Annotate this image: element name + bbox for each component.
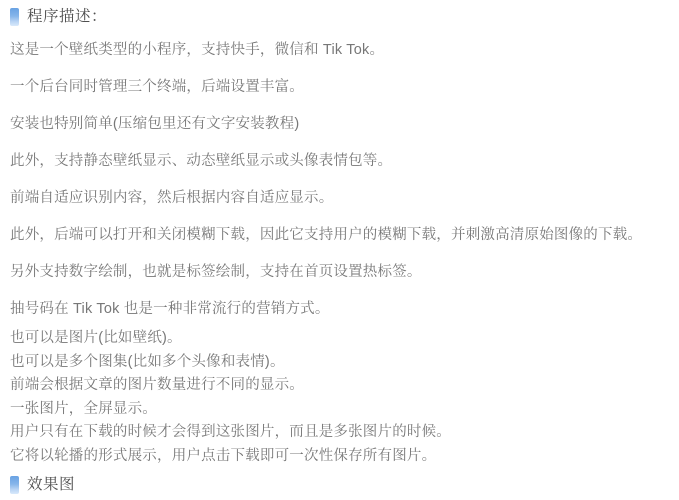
heading-marker-icon [10, 476, 19, 494]
paragraph: 这是一个壁纸类型的小程序，支持快手，微信和 Tik Tok。 [10, 39, 667, 62]
detail-line: 也可以是多个图集(比如多个头像和表情)。 [10, 351, 667, 375]
section-heading-text: 效果图 [27, 474, 75, 496]
paragraph: 另外支持数字绘制，也就是标签绘制，支持在首页设置热标签。 [10, 261, 667, 284]
detail-line: 用户只有在下载的时候才会得到这张图片，而且是多张图片的时候。 [10, 421, 667, 445]
detail-line-group: 也可以是图片(比如壁纸)。 也可以是多个图集(比如多个头像和表情)。 前端会根据… [10, 327, 667, 468]
section-heading-text: 程序描述： [27, 6, 107, 28]
article-body: 程序描述： 这是一个壁纸类型的小程序，支持快手，微信和 Tik Tok。 一个后… [0, 0, 679, 496]
detail-line: 一张图片，全屏显示。 [10, 398, 667, 422]
section-heading-effect-preview: 效果图 [10, 474, 667, 496]
paragraph: 安装也特别简单(压缩包里还有文字安装教程) [10, 113, 667, 136]
paragraph: 前端自适应识别内容，然后根据内容自适应显示。 [10, 187, 667, 210]
paragraph: 此外，支持静态壁纸显示、动态壁纸显示或头像表情包等。 [10, 150, 667, 173]
detail-line: 它将以轮播的形式展示，用户点击下载即可一次性保存所有图片。 [10, 445, 667, 469]
paragraph: 抽号码在 Tik Tok 也是一种非常流行的营销方式。 [10, 298, 667, 321]
paragraph: 此外，后端可以打开和关闭模糊下载，因此它支持用户的模糊下载，并刺激高清原始图像的… [10, 224, 667, 247]
paragraph: 一个后台同时管理三个终端，后端设置丰富。 [10, 76, 667, 99]
section-heading-program-description: 程序描述： [10, 6, 667, 28]
detail-line: 前端会根据文章的图片数量进行不同的显示。 [10, 374, 667, 398]
heading-marker-icon [10, 8, 19, 26]
detail-line: 也可以是图片(比如壁纸)。 [10, 327, 667, 351]
